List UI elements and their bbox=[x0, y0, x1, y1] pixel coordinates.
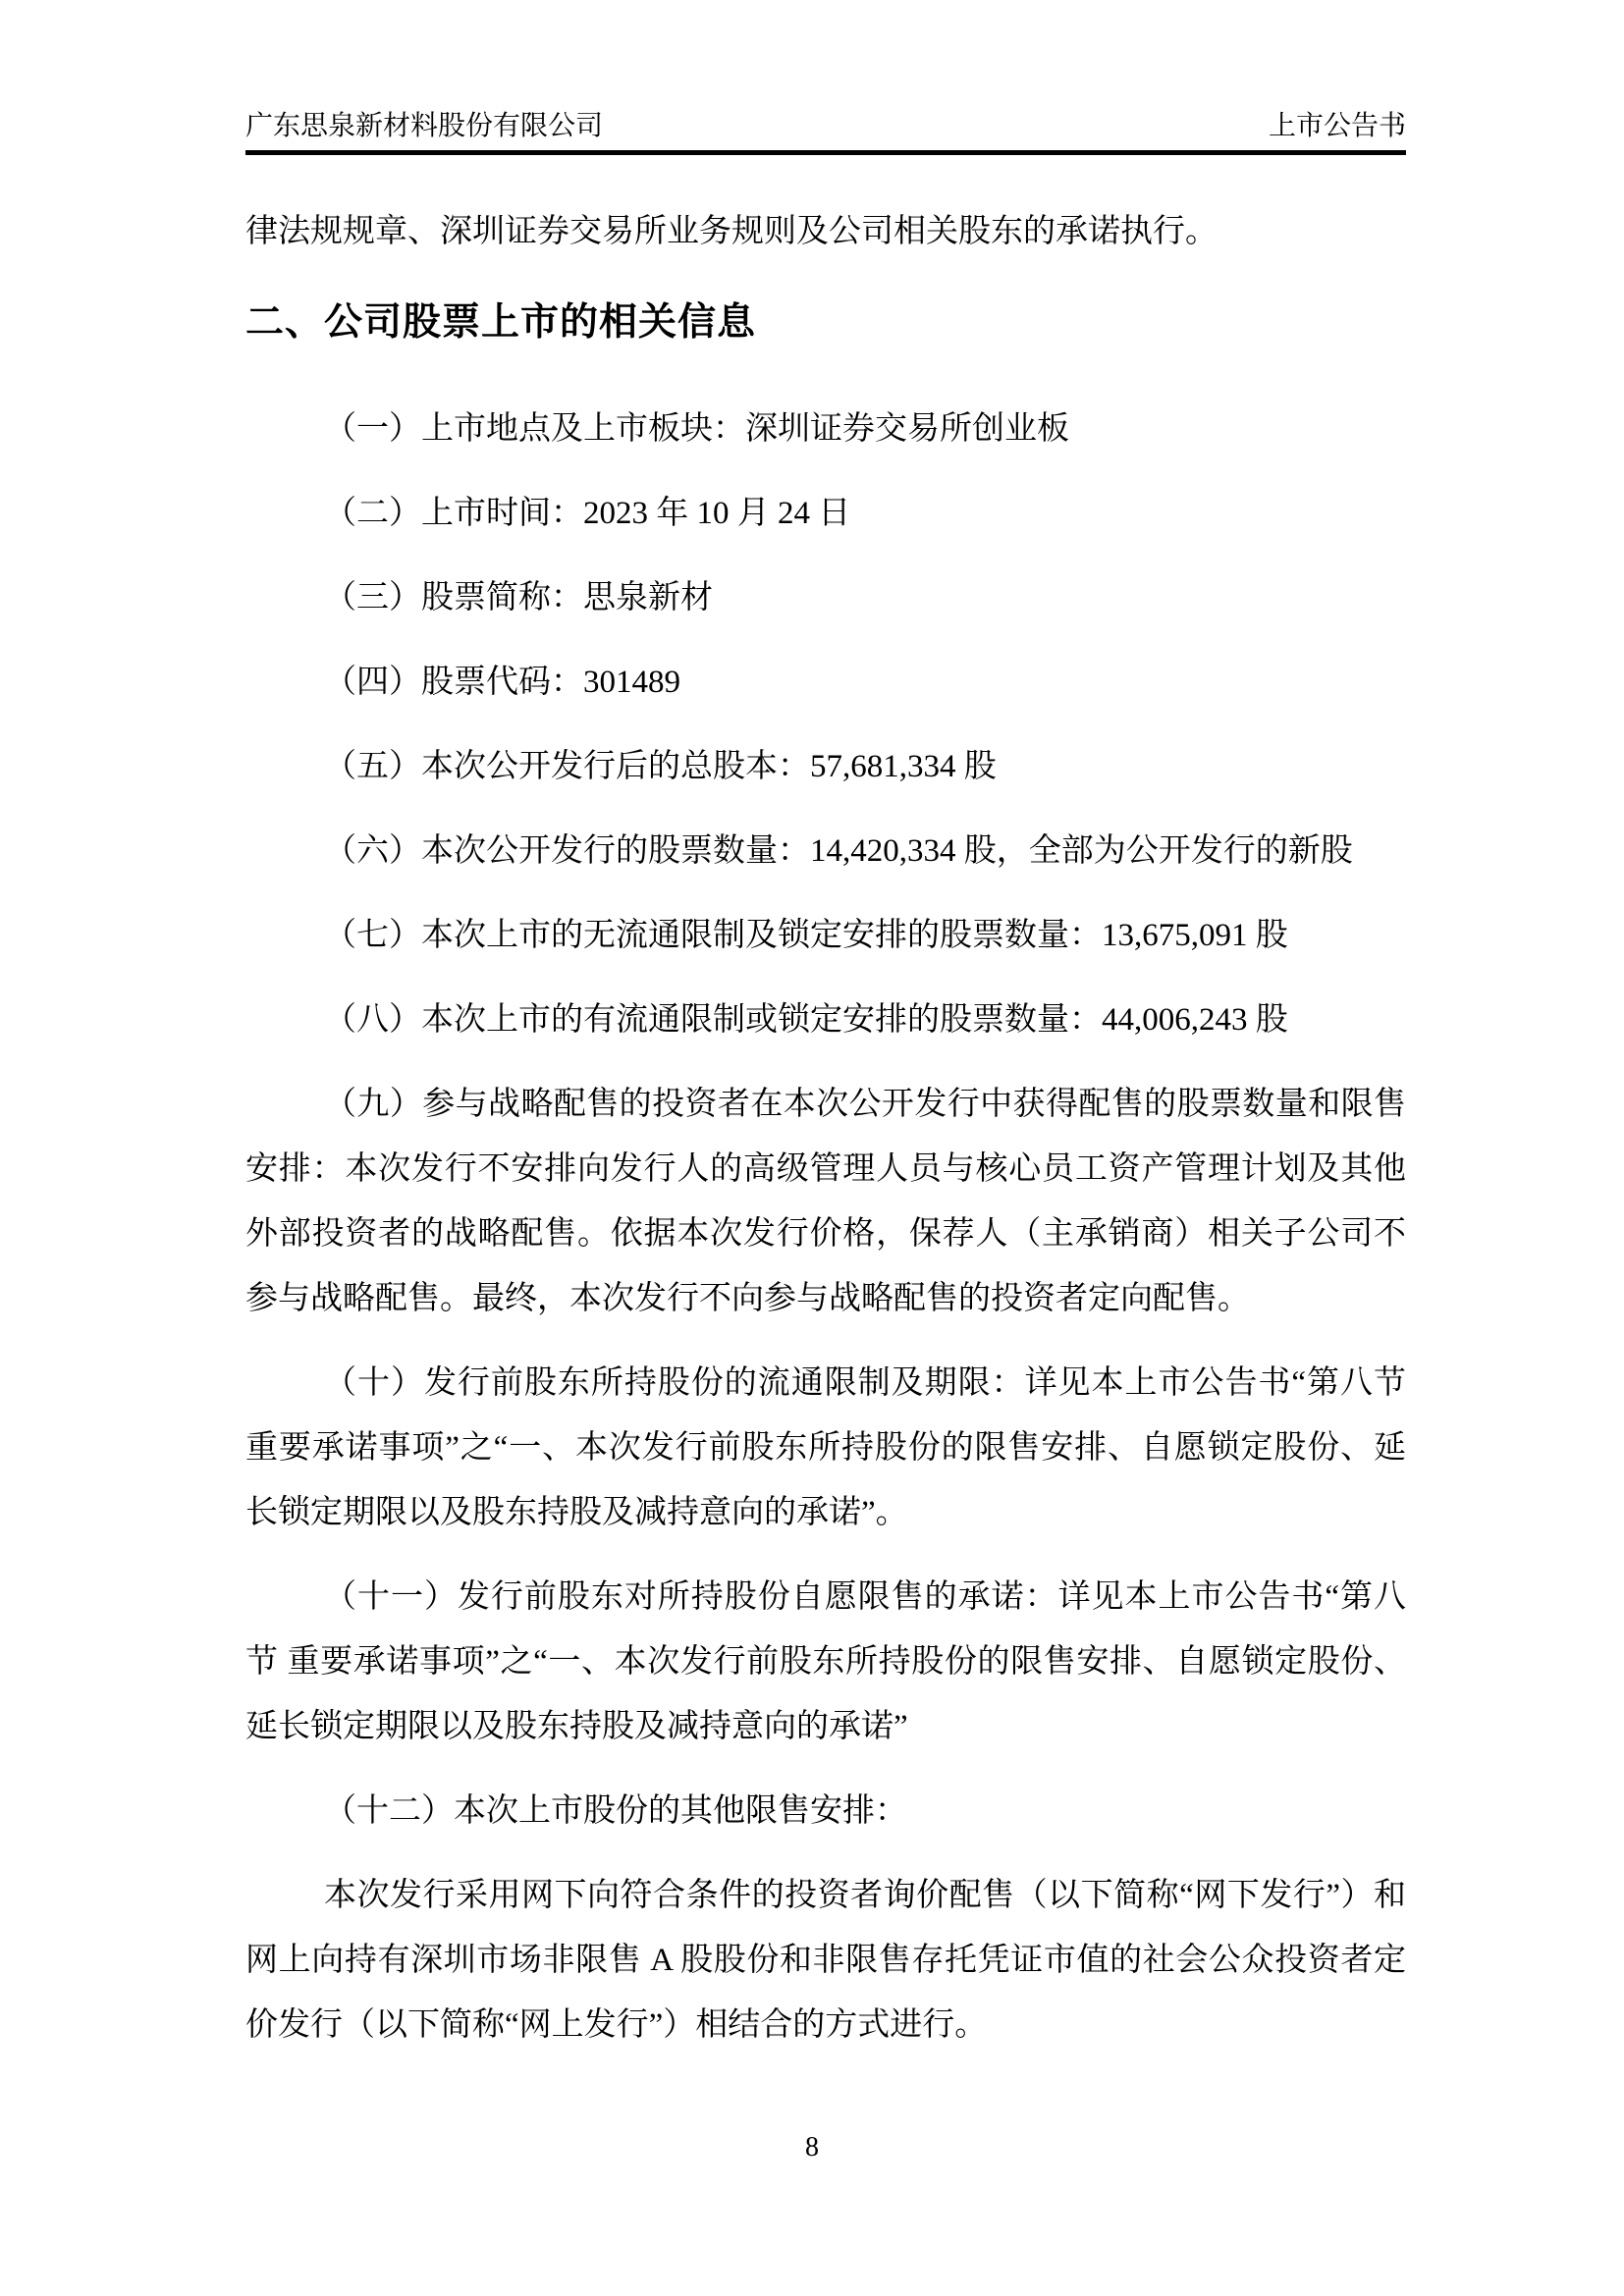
list-item-5: （五）本次公开发行后的总股本：57,681,334 股 bbox=[245, 734, 1406, 799]
list-item-1: （一）上市地点及上市板块：深圳证券交易所创业板 bbox=[245, 397, 1406, 461]
page-number: 8 bbox=[805, 2132, 819, 2163]
header-doc-title: 上市公告书 bbox=[1269, 110, 1406, 143]
list-item-10: （十）发行前股东所持股份的流通限制及期限：详见本上市公告书“第八节 重要承诺事项… bbox=[245, 1351, 1406, 1545]
document-page: 广东思泉新材料股份有限公司 上市公告书 律法规规章、深圳证券交易所业务规则及公司… bbox=[0, 0, 1624, 2296]
list-item-4: （四）股票代码：301489 bbox=[245, 650, 1406, 715]
list-item-12: （十二）本次上市股份的其他限售安排： bbox=[245, 1779, 1406, 1843]
list-item-6: （六）本次公开发行的股票数量：14,420,334 股，全部为公开发行的新股 bbox=[245, 819, 1406, 883]
header-company-name: 广东思泉新材料股份有限公司 bbox=[245, 110, 603, 143]
list-item-2: （二）上市时间：2023 年 10 月 24 日 bbox=[245, 481, 1406, 546]
intro-paragraph: 律法规规章、深圳证券交易所业务规则及公司相关股东的承诺执行。 bbox=[245, 199, 1406, 264]
page-header: 广东思泉新材料股份有限公司 上市公告书 bbox=[245, 110, 1406, 155]
list-item-7: （七）本次上市的无流通限制及锁定安排的股票数量：13,675,091 股 bbox=[245, 903, 1406, 968]
page-footer: 8 bbox=[0, 2128, 1624, 2167]
list-item-11: （十一）发行前股东对所持股份自愿限售的承诺：详见本上市公告书“第八节 重要承诺事… bbox=[245, 1565, 1406, 1759]
list-item-3: （三）股票简称：思泉新材 bbox=[245, 565, 1406, 630]
list-item-9: （九）参与战略配售的投资者在本次公开发行中获得配售的股票数量和限售安排：本次发行… bbox=[245, 1072, 1406, 1331]
list-item-8: （八）本次上市的有流通限制或锁定安排的股票数量：44,006,243 股 bbox=[245, 988, 1406, 1052]
closing-paragraph: 本次发行采用网下向符合条件的投资者询价配售（以下简称“网下发行”）和网上向持有深… bbox=[245, 1863, 1406, 2057]
document-body: 律法规规章、深圳证券交易所业务规则及公司相关股东的承诺执行。 二、公司股票上市的… bbox=[245, 199, 1406, 2057]
section-heading: 二、公司股票上市的相关信息 bbox=[245, 301, 1406, 345]
